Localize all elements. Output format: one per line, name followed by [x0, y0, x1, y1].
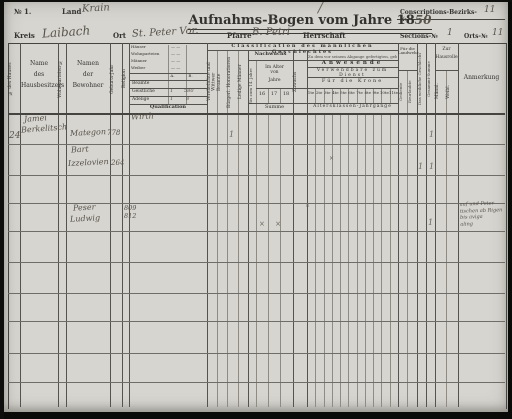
- herrschaft-label: Herrschaft: [303, 32, 346, 40]
- qualification-label: Qualification: [129, 105, 207, 111]
- nachwuchs-col-17: 17: [268, 92, 280, 98]
- entry-inhabitant: Mategon: [70, 127, 106, 138]
- land-label: Land: [62, 8, 81, 16]
- rot-col-under14: Bis zum 14. Jahre: [249, 62, 255, 110]
- col-header-birth-year: Geburts-Jahr: [111, 48, 121, 110]
- entry-qualification: Wirth: [131, 111, 154, 121]
- nachwuchs-col-18: 18: [280, 92, 292, 98]
- entry-tally-mark: 1: [229, 130, 234, 139]
- entry-house-number: 24: [9, 131, 20, 141]
- col-header-anmerkung: Anmerkung: [458, 74, 505, 81]
- entry-inhabitant: Ludwig: [70, 213, 101, 224]
- rot-col-officials: Beamte: [218, 53, 226, 111]
- landwehr-title: Für die Landwehr: [398, 47, 417, 56]
- entry-tally-mark: 1: [418, 162, 423, 171]
- entry-tally-mark: 1: [429, 162, 434, 171]
- entry-owner-line1: Jamei: [24, 113, 47, 124]
- nachwuchs-col-16: 16: [256, 92, 268, 98]
- rot-col-beurlaubte: Beurlaubte: [408, 72, 416, 111]
- orts-value: 11: [492, 28, 503, 38]
- entry-birth-year: 809: [124, 204, 136, 212]
- rot-col-maennlich: Männl.: [436, 72, 445, 111]
- sheet-number: № 1.: [14, 8, 31, 16]
- form-title-year-handwritten: 50: [415, 13, 432, 27]
- krone-label: Für die Krone: [307, 79, 398, 85]
- form-title: Aufnahms-Bogen vom Jahre 1850: [160, 13, 460, 28]
- rot-col-zuwachs: Zuwachs: [294, 53, 306, 111]
- col-header-inhabitants: Namen der Bewohner: [67, 60, 109, 90]
- entry-tally-mark: 1: [429, 130, 434, 139]
- anwesende-note: Zu dem vor seinem Abgange gefertigten, g…: [308, 54, 397, 59]
- scan-edge-bottom: [0, 412, 512, 419]
- entry-birth-year: 264: [111, 159, 124, 167]
- scan-edge-top: [0, 0, 512, 2]
- rot-col-gediente: Gediente: [399, 72, 406, 111]
- ort-label: Ort: [113, 32, 126, 40]
- scan-edge-left: [0, 0, 4, 419]
- col-header-house-number: № des Hauses: [9, 48, 20, 110]
- kreis-label: Kreis: [14, 32, 35, 40]
- pfarre-value-handwritten: B. Petri: [252, 27, 290, 38]
- entry-x-mark: ×: [329, 155, 334, 162]
- rot-col-married: Verehelichte und Wittwer: [208, 53, 216, 111]
- entry-anmerkung-note: auf und Peter tischen ab Rigen bis aviga…: [460, 200, 503, 227]
- land-value-handwritten: Krain: [82, 2, 110, 14]
- hausrolle-title: Zur Hausrolle: [435, 48, 458, 61]
- entry-birth-year: 778: [107, 129, 120, 137]
- conscription-district-value: 11: [484, 5, 495, 15]
- orts-label: Orts-№: [464, 33, 488, 40]
- anwesende-title: Anwesende: [307, 60, 398, 66]
- sections-value: 1: [447, 28, 453, 38]
- col-header-owner: Name des Hausbesitzers: [21, 60, 57, 90]
- form-title-printed: Aufnahms-Bogen vom Jahre 18: [189, 13, 415, 28]
- rot-col-weiblich: Weibl.: [447, 72, 456, 111]
- altersklassen-label: Altersklassen-Jahrgänge: [307, 105, 398, 110]
- col-header-party-number: Wohnparteien-№: [59, 48, 65, 110]
- entry-x-marks: × ×: [259, 220, 285, 228]
- entry-x-mark: ×: [305, 202, 310, 209]
- sections-label: Sections-№: [400, 33, 438, 40]
- pfarre-label: Pfarre: [227, 32, 252, 40]
- entry-tally-mark: 1: [428, 218, 433, 227]
- class-value: 1: [170, 89, 173, 95]
- class-value: 8: [186, 97, 189, 103]
- qualification-box: Häuser Wohnparteien Männer Weiber — — — …: [129, 43, 207, 113]
- nachwuchs-title: Nachwuchs: [248, 52, 293, 58]
- class-col-b: B.: [186, 74, 195, 78]
- rot-col-total-sum: Gesammt-Summe: [427, 48, 434, 110]
- class-value: 1: [170, 97, 173, 103]
- rot-col-single-men: Ledige Männer: [239, 53, 247, 111]
- rot-col-honoratioren: Bürgerl. Honoratioren: [228, 53, 237, 111]
- scan-edge-right: [508, 0, 512, 419]
- entry-birth-year: 812: [124, 212, 136, 220]
- col-header-religion: Religion: [123, 48, 128, 110]
- krone-columns: 1te 2te 3te 4te 5te 6te 7te 8te 9te 10te…: [307, 91, 398, 103]
- scanned-census-form: № 1. Land Krain Conscriptions-Bezirks-№ …: [0, 0, 512, 419]
- class-col-a: A.: [168, 74, 177, 78]
- entry-inhabitant: Peser: [73, 202, 96, 212]
- nachwuchs-summe: Summe: [256, 105, 293, 111]
- entry-inhabitant: Bart: [71, 145, 89, 155]
- class-value: 580: [184, 89, 194, 95]
- nachwuchs-age-label: Im Alter von Jahre: [256, 66, 293, 84]
- rot-col-female-sex: Das weibliche Geschlecht: [418, 48, 425, 110]
